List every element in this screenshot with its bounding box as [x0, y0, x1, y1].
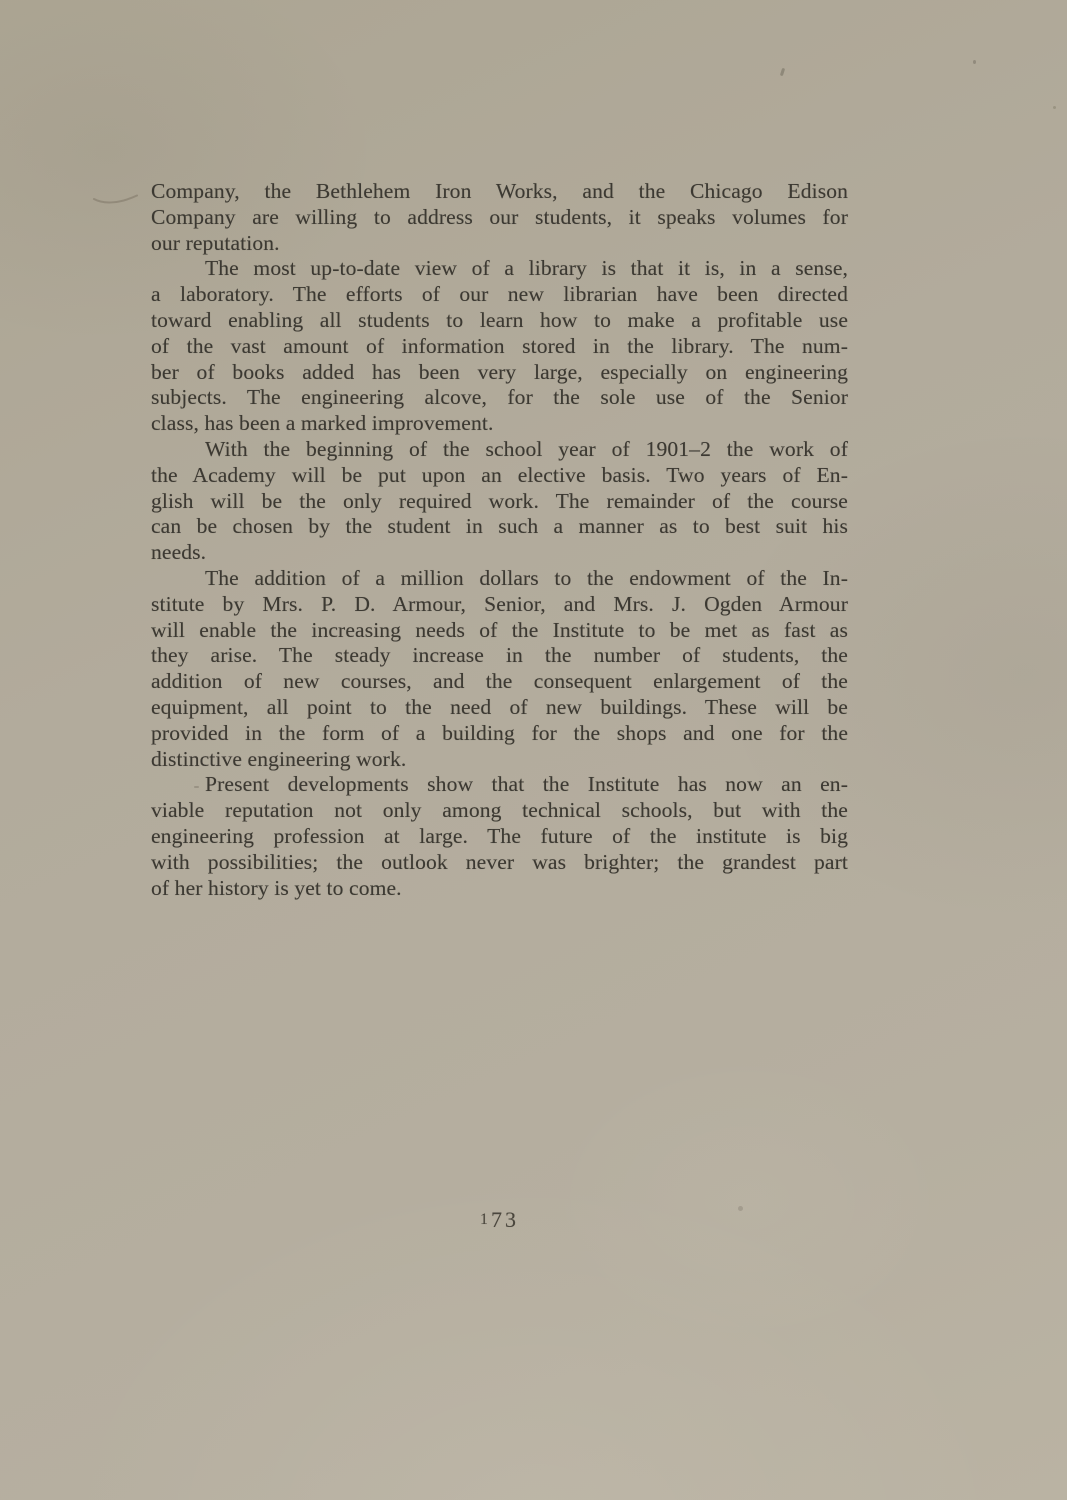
- page-text: Company, the Bethlehem Iron Works, and t…: [151, 179, 848, 901]
- text-line: of her history is yet to come.: [151, 876, 848, 902]
- text-line: our reputation.: [151, 231, 848, 257]
- text-line: provided in the form of a building for t…: [151, 721, 848, 747]
- pencil-squiggle-mark: [92, 190, 140, 208]
- paragraph: Present developments show that the Insti…: [151, 772, 848, 901]
- text-line: With the beginning of the school year of…: [151, 437, 848, 463]
- text-line: The most up-to-date view of a library is…: [151, 256, 848, 282]
- paper-speck: [1053, 106, 1056, 109]
- text-line: distinctive engineering work.: [151, 747, 848, 773]
- text-line: engineering profession at large. The fut…: [151, 824, 848, 850]
- text-line: Present developments show that the Insti…: [151, 772, 848, 798]
- paragraph: The most up-to-date view of a library is…: [151, 256, 848, 437]
- book-page: Company, the Bethlehem Iron Works, and t…: [0, 0, 1067, 1500]
- text-line: addition of new courses, and the consequ…: [151, 669, 848, 695]
- text-line: can be chosen by the student in such a m…: [151, 514, 848, 540]
- paragraph: Company, the Bethlehem Iron Works, and t…: [151, 179, 848, 256]
- paper-speck: [780, 68, 785, 77]
- text-line: the Academy will be put upon an elective…: [151, 463, 848, 489]
- text-line: toward enabling all students to learn ho…: [151, 308, 848, 334]
- text-line: equipment, all point to the need of new …: [151, 695, 848, 721]
- page-number: 173: [151, 1207, 848, 1233]
- paper-speck: [973, 60, 976, 64]
- text-line: will enable the increasing needs of the …: [151, 618, 848, 644]
- text-line: class, has been a marked improvement.: [151, 411, 848, 437]
- text-line: Company, the Bethlehem Iron Works, and t…: [151, 179, 848, 205]
- text-line: with possibilities; the outlook never wa…: [151, 850, 848, 876]
- text-line: viable reputation not only among technic…: [151, 798, 848, 824]
- text-line: Company are willing to address our stude…: [151, 205, 848, 231]
- paragraph: The addition of a million dollars to the…: [151, 566, 848, 772]
- text-line: of the vast amount of information stored…: [151, 334, 848, 360]
- text-line: subjects. The engineering alcove, for th…: [151, 385, 848, 411]
- text-line: a laboratory. The efforts of our new lib…: [151, 282, 848, 308]
- paragraph: With the beginning of the school year of…: [151, 437, 848, 566]
- text-line: glish will be the only required work. Th…: [151, 489, 848, 515]
- text-line: stitute by Mrs. P. D. Armour, Senior, an…: [151, 592, 848, 618]
- text-line: ber of books added has been very large, …: [151, 360, 848, 386]
- text-line: The addition of a million dollars to the…: [151, 566, 848, 592]
- text-line: needs.: [151, 540, 848, 566]
- text-line: they arise. The steady increase in the n…: [151, 643, 848, 669]
